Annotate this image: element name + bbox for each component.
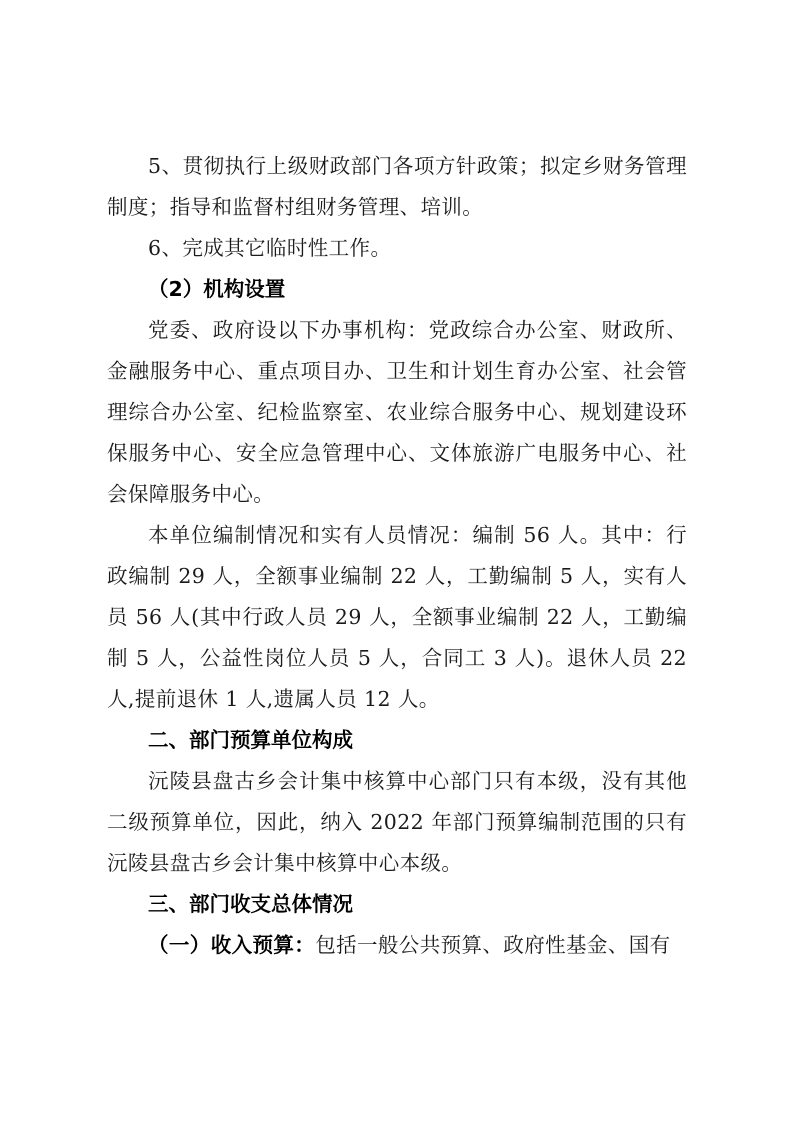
income-budget-text: 包括一般公共预算、政府性基金、国有 xyxy=(315,933,670,957)
income-budget-lead: （一）收入预算： xyxy=(148,933,315,957)
document-page: 5、贯彻执行上级财政部门各项方针政策；拟定乡财务管理制度；指导和监督村组财务管理… xyxy=(107,146,687,966)
paragraph-org-body: 党委、政府设以下办事机构：党政综合办公室、财政所、金融服务中心、重点项目办、卫生… xyxy=(107,310,687,515)
heading-income-expense: 三、部门收支总体情况 xyxy=(107,884,687,925)
paragraph-income-budget: （一）收入预算：包括一般公共预算、政府性基金、国有 xyxy=(107,925,687,966)
paragraph-item-5: 5、贯彻执行上级财政部门各项方针政策；拟定乡财务管理制度；指导和监督村组财务管理… xyxy=(107,146,687,228)
paragraph-staffing: 本单位编制情况和实有人员情况：编制 56 人。其中：行政编制 29 人，全额事业… xyxy=(107,515,687,720)
heading-budget-units: 二、部门预算单位构成 xyxy=(107,720,687,761)
paragraph-budget-units: 沅陵县盘古乡会计集中核算中心部门只有本级，没有其他二级预算单位，因此，纳入 20… xyxy=(107,761,687,884)
heading-org-setup: （2）机构设置 xyxy=(107,269,687,310)
paragraph-item-6: 6、完成其它临时性工作。 xyxy=(107,228,687,269)
